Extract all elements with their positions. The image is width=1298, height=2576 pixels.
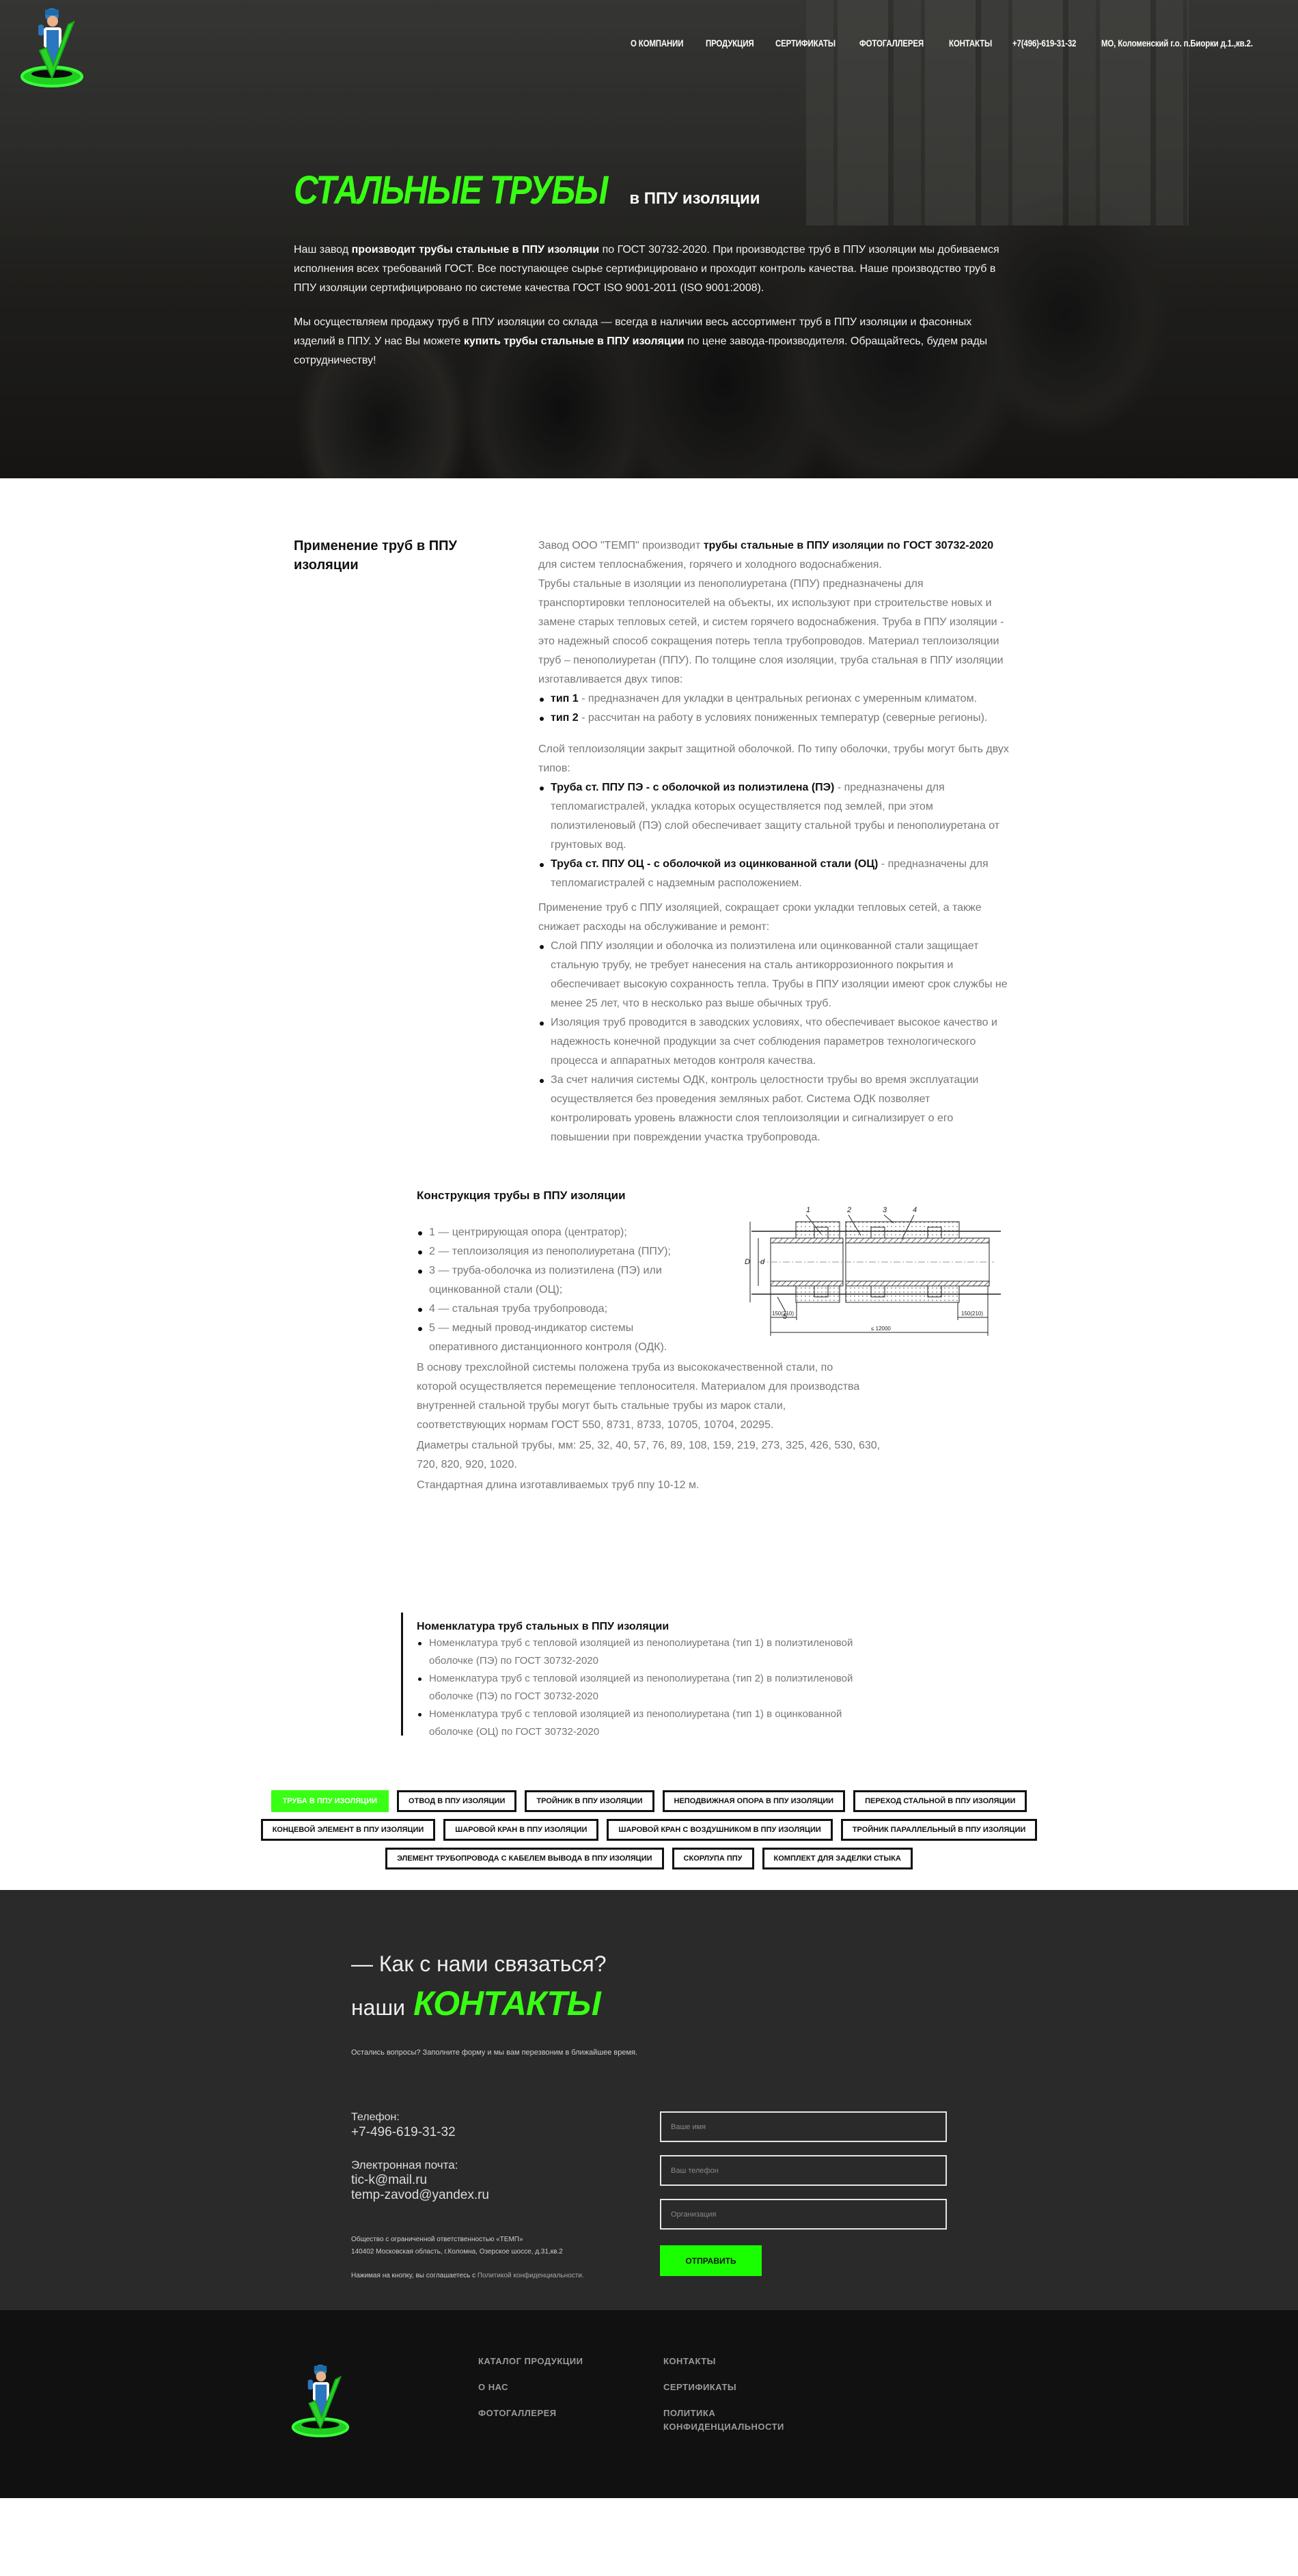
privacy-policy-link[interactable]: Политикой конфиденциальности. [478,2272,584,2279]
svg-text:D: D [745,1258,750,1266]
list-item: тип 1 - предназначен для укладки в центр… [538,689,1010,709]
footer-link-catalog[interactable]: КАТАЛОГ ПРОДУКЦИИ [478,2355,583,2368]
footer-link-about[interactable]: О НАС [478,2381,508,2394]
footer-link-gallery[interactable]: ФОТОГАЛЛЕРЕЯ [478,2407,557,2420]
product-category-buttons: ТРУБА В ППУ ИЗОЛЯЦИИОТВОД В ППУ ИЗОЛЯЦИИ… [0,1790,1298,1872]
product-category-button[interactable]: ПЕРЕХОД СТАЛЬНОЙ В ППУ ИЗОЛЯЦИИ [853,1790,1027,1812]
nomenclature-title: Номенклатура труб стальных в ППУ изоляци… [417,1621,879,1633]
list-item: 2 — теплоизоляция из пенополиуретана (ПП… [417,1242,690,1261]
nomenclature-box: Номенклатура труб стальных в ППУ изоляци… [401,1613,879,1736]
product-category-button[interactable]: ОТВОД В ППУ ИЗОЛЯЦИИ [397,1790,516,1812]
list-item: Труба ст. ППУ ПЭ - с оболочкой из полиэт… [538,778,1010,855]
application-body: Завод ООО "ТЕМП" производит трубы стальн… [538,536,1010,1153]
nav-link-about[interactable]: О КОМПАНИИ [631,38,683,49]
product-category-button[interactable]: ТРОЙНИК ПАРАЛЛЕЛЬНЫЙ В ППУ ИЗОЛЯЦИИ [841,1819,1037,1841]
product-row-3: ЭЛЕМЕНТ ТРУБОПРОВОДА С КАБЕЛЕМ ВЫВОДА В … [0,1848,1298,1869]
product-category-button[interactable]: КОНЦЕВОЙ ЭЛЕМЕНТ В ППУ ИЗОЛЯЦИИ [261,1819,436,1841]
footer-link-contacts[interactable]: КОНТАКТЫ [663,2355,716,2368]
email-label: Электронная почта: [351,2158,489,2173]
contacts-heading-title: КОНТАКТЫ [413,1984,600,2023]
hero-title-sub: в ППУ изоляции [629,189,760,208]
footer-link-privacy[interactable]: ПОЛИТИКА КОНФИДЕНЦИАЛЬНОСТИ [663,2407,800,2434]
svg-text:≤ 12000: ≤ 12000 [871,1326,891,1332]
nav-link-products[interactable]: ПРОДУКЦИЯ [706,38,754,49]
list-item: Изоляция труб проводится в заводских усл… [538,1013,1010,1071]
organization-input[interactable] [660,2199,947,2230]
product-category-button[interactable]: КОМПЛЕКТ ДЛЯ ЗАДЕЛКИ СТЫКА [762,1848,913,1869]
nomenclature-link[interactable]: Номенклатура труб с тепловой изоляцией и… [417,1705,868,1741]
list-item: 5 — медный провод-индикатор системы опер… [417,1319,690,1357]
list-item: Труба ст. ППУ ОЦ - с оболочкой из оцинко… [538,855,1010,893]
application-intro: Завод ООО "ТЕМП" производит трубы стальн… [538,536,1010,575]
hero-content: СТАЛЬНЫЕ ТРУБЫ в ППУ изоляции Наш завод … [294,167,1004,385]
footer-link-certificates[interactable]: СЕРТИФИКАТЫ [663,2381,736,2394]
construction-diameters: Диаметры стальной трубы, мм: 25, 32, 40,… [417,1436,888,1475]
product-category-button[interactable]: ЭЛЕМЕНТ ТРУБОПРОВОДА С КАБЕЛЕМ ВЫВОДА В … [385,1848,663,1869]
phone-link[interactable]: +7-496-619-31-32 [351,2125,456,2140]
application-paragraph-4: Применение труб с ППУ изоляцией, сокраща… [538,899,1010,937]
product-category-button[interactable]: ТРОЙНИК В ППУ ИЗОЛЯЦИИ [525,1790,654,1812]
nav-link-gallery[interactable]: ФОТОГАЛЛЕРЕЯ [859,38,924,49]
nomenclature-section: Номенклатура труб стальных в ППУ изоляци… [0,1613,1298,1790]
phone-input[interactable] [660,2155,947,2186]
list-item: тип 2 - рассчитан на работу в условиях п… [538,709,1010,728]
construction-description: В основу трехслойной системы положена тр… [417,1358,868,1435]
nomenclature-list: Номенклатура труб с тепловой изоляцией и… [417,1634,879,1741]
contacts-question: — Как с нами связаться? [351,1951,607,1977]
contacts-heading: наши КОНТАКТЫ [351,1984,600,2023]
list-item: 1 — центрирующая опора (центратор); [417,1223,690,1242]
company-name: Общество с ограниченной ответственностью… [351,2234,563,2246]
submit-button[interactable]: ОТПРАВИТЬ [660,2245,762,2276]
list-item: 4 — стальная труба трубопровода; [417,1300,690,1319]
shell-types-list: Труба ст. ППУ ПЭ - с оболочкой из полиэт… [538,778,1010,893]
main-nav: О КОМПАНИИ ПРОДУКЦИЯ СЕРТИФИКАТЫ ФОТОГАЛ… [631,38,1278,49]
worker-checkmark-logo-icon[interactable] [19,3,101,89]
company-info: Общество с ограниченной ответственностью… [351,2234,563,2258]
svg-text:150(210): 150(210) [961,1311,983,1317]
product-category-button[interactable]: ШАРОВОЙ КРАН В ППУ ИЗОЛЯЦИИ [443,1819,598,1841]
construction-section: Конструкция трубы в ППУ изоляции 1 — цен… [0,1189,1298,1613]
consent-note: Нажимая на кнопку, вы соглашаетесь с Пол… [351,2270,584,2282]
footer: КАТАЛОГ ПРОДУКЦИИ О НАС ФОТОГАЛЛЕРЕЯ КОН… [0,2310,1298,2498]
hero-title-main: СТАЛЬНЫЕ ТРУБЫ [294,167,607,213]
list-item: Слой ППУ изоляции и оболочка из полиэтил… [538,937,1010,1013]
email-link[interactable]: tic-k@mail.ru [351,2173,489,2188]
svg-text:2: 2 [846,1206,851,1214]
list-item: За счет наличия системы ОДК, контроль це… [538,1071,1010,1147]
svg-text:d: d [760,1258,765,1266]
hero-title: СТАЛЬНЫЕ ТРУБЫ в ППУ изоляции [294,167,1004,213]
product-row-1: ТРУБА В ППУ ИЗОЛЯЦИИОТВОД В ППУ ИЗОЛЯЦИИ… [0,1790,1298,1812]
nav-address: МО, Коломенский г.о. п.Биорки д.1.,кв.2. [1101,38,1253,49]
hero-section: О КОМПАНИИ ПРОДУКЦИЯ СЕРТИФИКАТЫ ФОТОГАЛ… [0,0,1298,478]
nomenclature-link[interactable]: Номенклатура труб с тепловой изоляцией и… [417,1634,868,1670]
nav-link-certificates[interactable]: СЕРТИФИКАТЫ [775,38,836,49]
contacts-subtitle: Остались вопросы? Заполните форму и мы в… [351,2047,638,2058]
construction-length: Стандартная длина изготавливаемых труб п… [417,1476,888,1495]
nomenclature-link[interactable]: Номенклатура труб с тепловой изоляцией и… [417,1670,868,1705]
svg-text:3: 3 [883,1206,887,1214]
contacts-heading-prefix: наши [351,1995,405,2020]
application-paragraph-2: Трубы стальные в изоляции из пенополиуре… [538,575,1010,689]
name-input[interactable] [660,2111,947,2142]
application-paragraph-3: Слой теплоизоляции закрыт защитной оболо… [538,740,1010,778]
phone-label: Телефон: [351,2110,456,2125]
pipe-cross-section-diagram: 1 2 3 4 5 D d 150(210) 150(210) ≤ 12000 [738,1196,1001,1339]
nav-phone-link[interactable]: +7(496)-619-31-32 [1012,38,1076,49]
application-heading: Применение труб в ППУ изоляции [294,536,471,575]
product-category-button[interactable]: НЕПОДВИЖНАЯ ОПОРА В ППУ ИЗОЛЯЦИИ [663,1790,846,1812]
phone-block: Телефон: +7-496-619-31-32 [351,2110,456,2140]
contacts-section: — Как с нами связаться? наши КОНТАКТЫ Ос… [0,1890,1298,2310]
list-item: 3 — труба-оболочка из полиэтилена (ПЭ) и… [417,1261,690,1300]
hero-paragraph-2: Мы осуществляем продажу труб в ППУ изоля… [294,313,1004,370]
svg-text:150(210): 150(210) [772,1311,794,1317]
email-link[interactable]: temp-zavod@yandex.ru [351,2188,489,2203]
application-section: Применение труб в ППУ изоляции Завод ООО… [0,478,1298,1189]
product-category-button[interactable]: ТРУБА В ППУ ИЗОЛЯЦИИ [271,1790,389,1812]
hero-paragraph-1: Наш завод производит трубы стальные в ПП… [294,241,1004,298]
insulation-types-list: тип 1 - предназначен для укладки в центр… [538,689,1010,728]
company-address: 140402 Московская область, г.Коломна, Оз… [351,2246,563,2258]
nav-link-contacts[interactable]: КОНТАКТЫ [949,38,992,49]
worker-checkmark-logo-icon[interactable] [290,2355,365,2443]
product-category-button[interactable]: ШАРОВОЙ КРАН С ВОЗДУШНИКОМ В ППУ ИЗОЛЯЦИ… [607,1819,832,1841]
svg-text:1: 1 [806,1206,810,1214]
email-block: Электронная почта: tic-k@mail.ru temp-za… [351,2158,489,2203]
svg-text:4: 4 [913,1206,917,1214]
benefits-list: Слой ППУ изоляции и оболочка из полиэтил… [538,937,1010,1147]
product-row-2: КОНЦЕВОЙ ЭЛЕМЕНТ В ППУ ИЗОЛЯЦИИШАРОВОЙ К… [0,1819,1298,1841]
product-category-button[interactable]: СКОРЛУПА ППУ [672,1848,754,1869]
